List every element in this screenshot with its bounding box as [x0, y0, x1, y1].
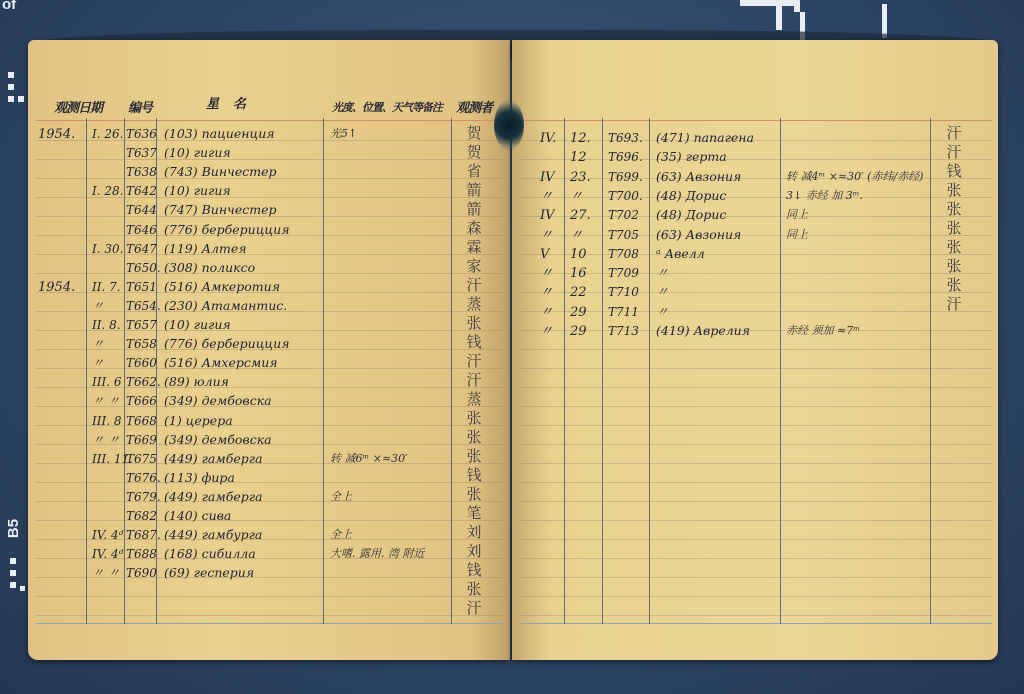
- log-name: (103) пациенция: [164, 128, 275, 141]
- header-remarks: 光度、位置、天气等备注: [332, 102, 442, 113]
- log-number: T687.: [126, 529, 161, 541]
- log-number: T699.: [608, 171, 643, 183]
- log-date: I. 30.: [92, 243, 123, 255]
- log-date: 〃: [92, 300, 104, 312]
- log-name: (48) Дорис: [656, 190, 726, 203]
- log-name: (349) дембовска: [164, 395, 272, 408]
- log-day: 12: [570, 151, 587, 164]
- log-date: 〃 〃: [92, 567, 120, 579]
- log-name: (10) гигия: [164, 147, 231, 160]
- log-number: T675: [126, 453, 157, 465]
- column-divider: [780, 118, 781, 624]
- log-name: (230) Атамантис.: [164, 300, 287, 313]
- log-month: IV: [540, 209, 555, 222]
- log-remark: 3↓ 赤经 加 3ᵐ.: [786, 190, 863, 201]
- log-name: (1) церера: [164, 415, 233, 428]
- log-remark: 全上: [330, 491, 352, 502]
- log-month: 〃: [540, 267, 553, 280]
- corner-label: of: [2, 0, 16, 13]
- log-number: T710: [608, 286, 639, 298]
- log-name: (449) гамбурга: [164, 529, 262, 542]
- log-name: (63) Авзония: [656, 171, 741, 184]
- bottom-rule: [520, 623, 992, 624]
- log-date: IV. 4ᵈ: [92, 548, 123, 560]
- log-remark: 光5↑: [330, 128, 357, 139]
- log-name: (449) гамберга: [164, 491, 263, 504]
- log-number: T688: [126, 548, 157, 560]
- log-day: 〃: [570, 190, 583, 203]
- log-number: T679.: [126, 491, 161, 503]
- column-divider: [124, 118, 125, 624]
- log-number: T668: [126, 415, 157, 427]
- header-rule: [520, 120, 992, 121]
- log-name: 〃: [656, 267, 669, 280]
- log-number: T709: [608, 267, 639, 279]
- observer-column: 汗汗钱张张张张张张汗: [944, 124, 964, 314]
- log-name: (63) Авзония: [656, 229, 741, 242]
- log-day: 10: [570, 248, 587, 261]
- log-number: T644: [126, 204, 157, 216]
- log-date: I. 26.: [92, 128, 123, 140]
- log-number: T637: [126, 147, 157, 159]
- header-number: 编号: [128, 102, 152, 115]
- log-remark: 全上: [330, 529, 352, 540]
- log-name: (743) Винчестер: [164, 166, 276, 179]
- log-day: 29: [570, 325, 587, 338]
- header-rule: [36, 120, 504, 121]
- column-divider: [564, 118, 565, 624]
- log-number: T660: [126, 357, 157, 369]
- column-divider: [451, 118, 452, 624]
- ink-blot: [494, 100, 524, 150]
- log-month: 〃: [540, 306, 553, 319]
- size-label: B5: [5, 519, 22, 538]
- log-name: (10) гигия: [164, 319, 231, 332]
- log-day: 23.: [570, 171, 591, 184]
- log-name: (449) гамберга: [164, 453, 263, 466]
- log-day: 16: [570, 267, 587, 280]
- column-divider: [649, 118, 650, 624]
- log-number: T650.: [126, 262, 161, 274]
- log-number: T666: [126, 395, 157, 407]
- log-number: T696.: [608, 151, 643, 163]
- log-name: (89) юлия: [164, 376, 229, 389]
- log-month: 〃: [540, 229, 553, 242]
- log-name: (48) Дорис: [656, 209, 726, 222]
- log-number: T711: [608, 306, 639, 318]
- log-number: T682: [126, 510, 157, 522]
- bottom-rule: [36, 623, 504, 624]
- log-name: (35) герта: [656, 151, 727, 164]
- log-name: (140) сива: [164, 510, 231, 523]
- log-date: II. 8.: [92, 319, 121, 331]
- log-name: (119) Алтея: [164, 243, 247, 256]
- log-number: T638: [126, 166, 157, 178]
- ruled-lines: [520, 122, 992, 622]
- log-name: (516) Амхерсмия: [164, 357, 278, 370]
- log-name: (69) гесперия: [164, 567, 254, 580]
- column-divider: [86, 118, 87, 624]
- log-name: 〃: [656, 286, 669, 299]
- log-number: T690: [126, 567, 157, 579]
- log-date: I. 28.: [92, 185, 123, 197]
- log-number: T700.: [608, 190, 643, 202]
- log-remark: 转 减4ᵐ ×≈30′ (赤纬/赤经): [786, 171, 923, 182]
- log-month: V: [540, 248, 549, 261]
- log-day: 12.: [570, 132, 591, 145]
- log-name: (776) берберицция: [164, 338, 289, 351]
- log-number: T702: [608, 209, 639, 221]
- log-remark: 转 减6ᵐ ×≈30′: [330, 453, 408, 464]
- log-date: 〃: [92, 338, 104, 350]
- log-name: (10) гигия: [164, 185, 231, 198]
- log-date: II. 7.: [92, 281, 121, 293]
- right-page: 汗汗钱张张张张张张汗 IV.12.T693.(471) папагена12T6…: [512, 40, 998, 660]
- log-remark: 同上: [786, 209, 808, 220]
- log-name: 〃: [656, 306, 669, 319]
- log-date: 〃 〃: [92, 434, 120, 446]
- log-number: T651: [126, 281, 157, 293]
- header-name: 星名: [206, 98, 260, 111]
- log-date: IV. 4ᵈ: [92, 529, 123, 541]
- log-name: (516) Амкеротия: [164, 281, 280, 294]
- log-month: 〃: [540, 325, 553, 338]
- log-name: (308) поликсо: [164, 262, 255, 275]
- header-observer: 观测者: [456, 102, 492, 115]
- log-number: T654.: [126, 300, 161, 312]
- log-remark: 赤经 须加 ≈7ᵐ: [786, 325, 860, 336]
- column-divider: [602, 118, 603, 624]
- log-number: T713: [608, 325, 639, 337]
- log-name: (471) папагена: [656, 132, 754, 145]
- log-date: 〃 〃: [92, 395, 120, 407]
- log-number: T693.: [608, 132, 643, 144]
- log-date: 〃: [92, 357, 104, 369]
- log-day: 〃: [570, 229, 583, 242]
- log-number: T636: [126, 128, 157, 140]
- header-date: 观测日期: [54, 102, 102, 115]
- log-number: T646: [126, 224, 157, 236]
- log-remark: 大嗜. 露用. 湾 附近: [330, 548, 424, 559]
- log-name: ᵃ Авелл: [656, 248, 705, 261]
- log-number: T669: [126, 434, 157, 446]
- log-date: III. 8: [92, 415, 121, 427]
- log-month: 〃: [540, 190, 553, 203]
- log-month: IV: [540, 171, 555, 184]
- log-name: (776) берберицция: [164, 224, 289, 237]
- log-name: (349) дембовска: [164, 434, 272, 447]
- log-year: 1954.: [38, 281, 75, 294]
- column-divider: [323, 118, 324, 624]
- log-number: T708: [608, 248, 639, 260]
- log-name: (113) фира: [164, 472, 235, 485]
- log-number: T662.: [126, 376, 161, 388]
- log-day: 29: [570, 306, 587, 319]
- log-day: 27.: [570, 209, 591, 222]
- log-remark: 同上: [786, 229, 808, 240]
- log-month: IV.: [540, 132, 556, 145]
- log-name: (419) Аврелия: [656, 325, 750, 338]
- log-day: 22: [570, 286, 587, 299]
- log-number: T647: [126, 243, 157, 255]
- log-name: (168) сибилла: [164, 548, 256, 561]
- log-date: III. 6: [92, 376, 121, 388]
- log-name: (747) Винчестер: [164, 204, 276, 217]
- log-number: T676.: [126, 472, 161, 484]
- log-number: T657: [126, 319, 157, 331]
- log-year: 1954.: [38, 128, 75, 141]
- column-divider: [930, 118, 931, 624]
- log-number: T658: [126, 338, 157, 350]
- left-page: 观测日期 编号 星名 光度、位置、天气等备注 观测者 贺贺省箭箭森霖家汗蒸张钱汗…: [28, 40, 510, 660]
- log-number: T705: [608, 229, 639, 241]
- log-month: 〃: [540, 286, 553, 299]
- observer-column: 贺贺省箭箭森霖家汗蒸张钱汗汗蒸张张张钱张笔 刘 刘 钱张汗: [464, 124, 484, 618]
- log-number: T642: [126, 185, 157, 197]
